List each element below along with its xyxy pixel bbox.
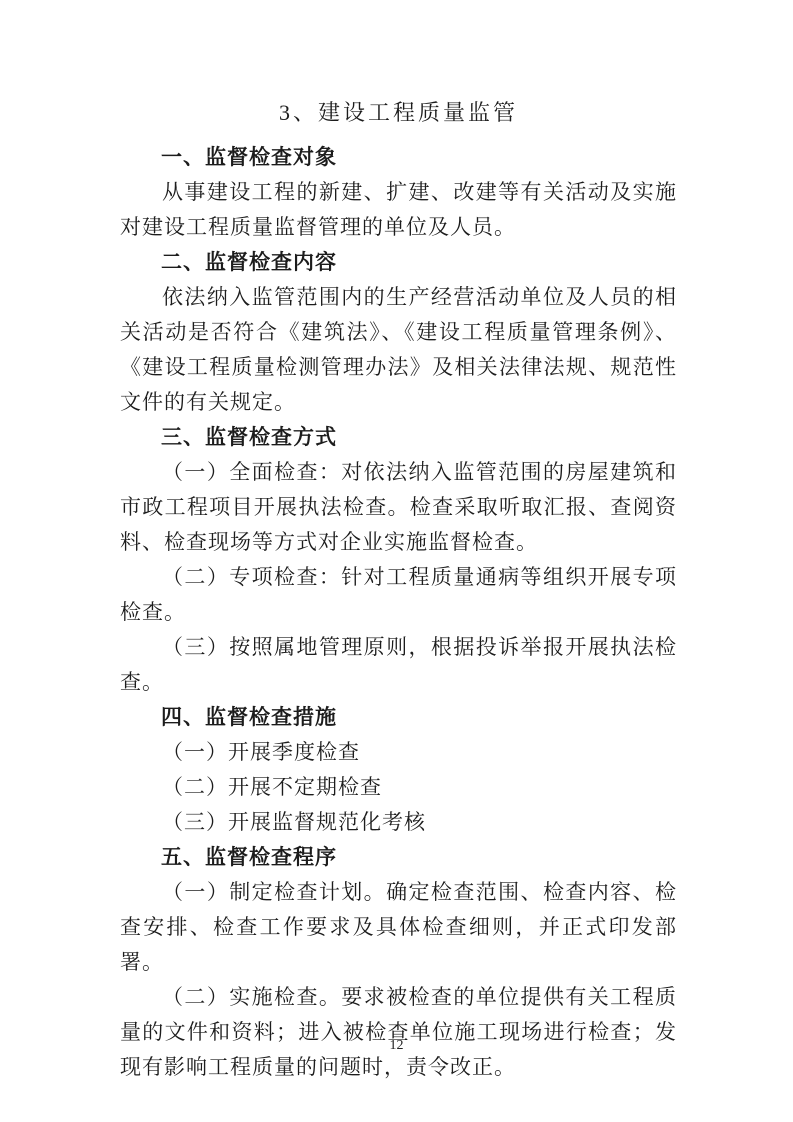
section-heading: 三、监督检查方式: [120, 420, 677, 455]
paragraph: （三）按照属地管理原则，根据投诉举报开展执法检查。: [120, 630, 677, 700]
document-content: 3、建设工程质量监管 一、监督检查对象 从事建设工程的新建、扩建、改建等有关活动…: [120, 95, 677, 1085]
paragraph: （三）开展监督规范化考核: [120, 805, 677, 840]
paragraph: （一）全面检查：对依法纳入监管范围的房屋建筑和市政工程项目开展执法检查。检查采取…: [120, 455, 677, 560]
section-supervision-methods: 三、监督检查方式 （一）全面检查：对依法纳入监管范围的房屋建筑和市政工程项目开展…: [120, 420, 677, 700]
paragraph: （一）开展季度检查: [120, 735, 677, 770]
paragraph: 依法纳入监管范围内的生产经营活动单位及人员的相关活动是否符合《建筑法》、《建设工…: [120, 280, 677, 420]
document-title: 3、建设工程质量监管: [120, 95, 677, 130]
section-supervision-measures: 四、监督检查措施 （一）开展季度检查 （二）开展不定期检查 （三）开展监督规范化…: [120, 700, 677, 840]
section-heading: 二、监督检查内容: [120, 245, 677, 280]
section-supervision-targets: 一、监督检查对象 从事建设工程的新建、扩建、改建等有关活动及实施对建设工程质量监…: [120, 140, 677, 245]
paragraph: 从事建设工程的新建、扩建、改建等有关活动及实施对建设工程质量监督管理的单位及人员…: [120, 175, 677, 245]
paragraph: （二）实施检查。要求被检查的单位提供有关工程质量的文件和资料；进入被检查单位施工…: [120, 980, 677, 1085]
section-heading: 五、监督检查程序: [120, 840, 677, 875]
page-number: 12: [0, 1038, 793, 1054]
section-heading: 四、监督检查措施: [120, 700, 677, 735]
paragraph: （二）开展不定期检查: [120, 770, 677, 805]
paragraph: （一）制定检查计划。确定检查范围、检查内容、检查安排、检查工作要求及具体检查细则…: [120, 875, 677, 980]
paragraph: （二）专项检查：针对工程质量通病等组织开展专项检查。: [120, 560, 677, 630]
section-supervision-content: 二、监督检查内容 依法纳入监管范围内的生产经营活动单位及人员的相关活动是否符合《…: [120, 245, 677, 420]
section-heading: 一、监督检查对象: [120, 140, 677, 175]
document-page: 3、建设工程质量监管 一、监督检查对象 从事建设工程的新建、扩建、改建等有关活动…: [0, 0, 793, 1122]
